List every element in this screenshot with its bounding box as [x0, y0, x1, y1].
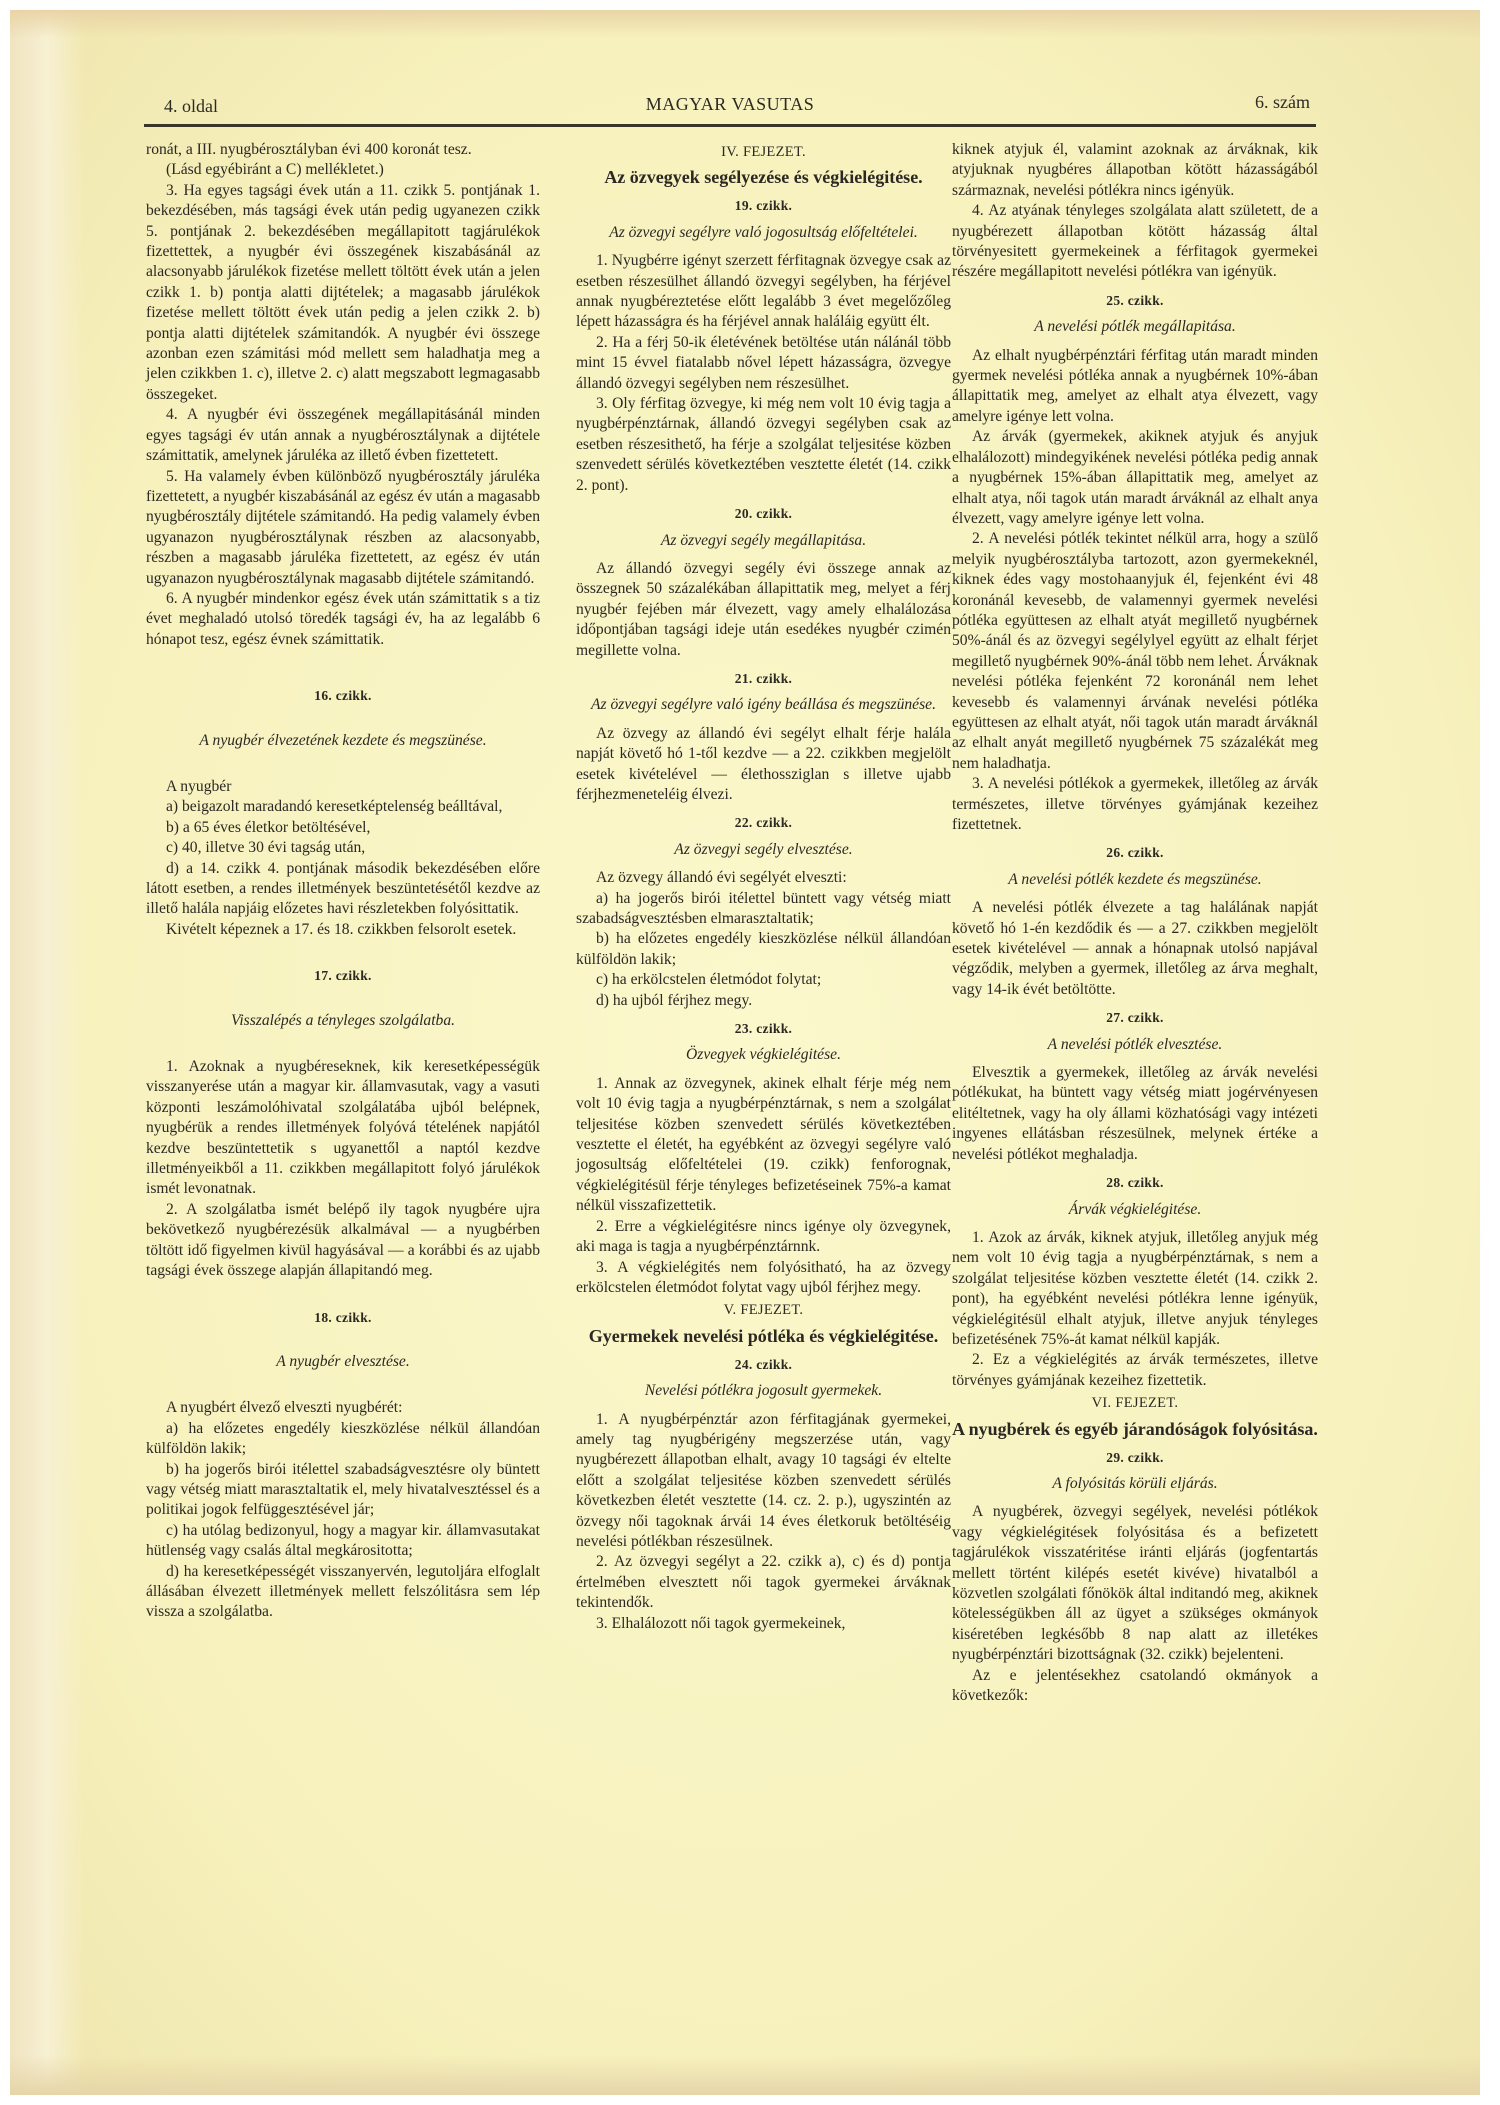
paragraph: c) ha erkölcstelen életmódot folytat;	[576, 970, 951, 990]
chapter-number: VI. FEJEZET.	[952, 1393, 1318, 1413]
paragraph: 3. Elhalálozott női tagok gyermekeinek,	[576, 1614, 951, 1634]
issue-number: 6. szám	[1255, 92, 1310, 113]
paragraph: Elvesztik a gyermekek, illetőleg az árvá…	[952, 1063, 1318, 1165]
article-title: Nevelési pótlékra jogosult gyermekek.	[576, 1381, 951, 1401]
article-number: 29. czikk.	[952, 1448, 1318, 1468]
chapter-title: Az özvegyek segélyezése és végkielégités…	[576, 166, 951, 188]
paragraph: ronát, a III. nyugbérosztályban évi 400 …	[146, 140, 540, 160]
article-title: Árvák végkielégitése.	[952, 1200, 1318, 1220]
paragraph: a) ha előzetes engedély kieszközlése nél…	[146, 1419, 540, 1460]
article-title: Visszalépés a tényleges szolgálatba.	[146, 1011, 540, 1031]
article-number: 27. czikk.	[952, 1008, 1318, 1028]
chapter-title: Gyermekek nevelési pótléka és végkielégi…	[576, 1325, 951, 1347]
paragraph: Az e jelentésekhez csatolandó okmányok a…	[952, 1666, 1318, 1707]
paragraph: 3. Oly férfitag özvegye, ki még nem volt…	[576, 394, 951, 496]
paragraph: b) ha előzetes engedély kieszközlése nél…	[576, 929, 951, 970]
paragraph: d) ha keresetképességét visszanyervén, l…	[146, 1562, 540, 1623]
paragraph: A nyugbért élvező elveszti nyugbérét:	[146, 1398, 540, 1418]
article-title: A nevelési pótlék kezdete és megszünése.	[952, 870, 1318, 890]
article-number: 24. czikk.	[576, 1355, 951, 1375]
chapter-number: IV. FEJEZET.	[576, 142, 951, 162]
paragraph: 4. Az atyának tényleges szolgálata alatt…	[952, 201, 1318, 283]
spacer	[146, 650, 540, 678]
spacer	[146, 993, 540, 1011]
paragraph: b) ha jogerős birói itélettel szabadságv…	[146, 1460, 540, 1521]
text-column-1: ronát, a III. nyugbérosztályban évi 400 …	[146, 140, 540, 1623]
article-number: 17. czikk.	[146, 966, 540, 986]
paragraph: 1. Annak az özvegynek, akinek elhalt fér…	[576, 1074, 951, 1217]
spacer	[146, 1039, 540, 1057]
paragraph: A nevelési pótlék élvezete a tag halálán…	[952, 898, 1318, 1000]
page-header: 4. oldal MAGYAR VASUTAS 6. szám	[144, 90, 1316, 124]
text-column-2: IV. FEJEZET.Az özvegyek segélyezése és v…	[576, 140, 951, 1634]
paragraph: 1. Azok az árvák, kiknek atyjuk, illetől…	[952, 1228, 1318, 1350]
paragraph: d) a 14. czikk 4. pontjának második beke…	[146, 859, 540, 920]
article-number: 21. czikk.	[576, 669, 951, 689]
spacer	[146, 713, 540, 731]
article-title: Az özvegyi segélyre való jogosultság elő…	[576, 223, 951, 243]
paragraph: Az özvegy az állandó évi segélyt elhalt …	[576, 724, 951, 806]
article-number: 16. czikk.	[146, 686, 540, 706]
article-number: 23. czikk.	[576, 1019, 951, 1039]
article-title: Özvegyek végkielégitése.	[576, 1045, 951, 1065]
paragraph: 6. A nyugbér mindenkor egész évek után s…	[146, 589, 540, 650]
article-title: A nevelési pótlék megállapitása.	[952, 317, 1318, 337]
paragraph: 3. Ha egyes tagsági évek után a 11. czik…	[146, 181, 540, 405]
paragraph: kiknek atyjuk él, valamint azoknak az ár…	[952, 140, 1318, 201]
paragraph: Kivételt képeznek a 17. és 18. czikkben …	[146, 920, 540, 940]
article-number: 20. czikk.	[576, 504, 951, 524]
text-column-3: kiknek atyjuk él, valamint azoknak az ár…	[952, 140, 1318, 1706]
paragraph: 3. A nevelési pótlékok a gyermekek, ille…	[952, 774, 1318, 835]
paragraph: a) ha jogerős birói itélettel büntett va…	[576, 889, 951, 930]
paragraph: A nyugbérek, özvegyi segélyek, nevelési …	[952, 1502, 1318, 1665]
spacer	[146, 940, 540, 958]
paragraph: Az elhalt nyugbérpénztári férfitag után …	[952, 346, 1318, 428]
article-title: Az özvegyi segély elvesztése.	[576, 840, 951, 860]
chapter-title: A nyugbérek és egyéb járandóságok folyós…	[952, 1418, 1318, 1440]
paragraph: 2. Az özvegyi segélyt a 22. czikk a), c)…	[576, 1552, 951, 1613]
article-number: 26. czikk.	[952, 843, 1318, 863]
article-number: 18. czikk.	[146, 1308, 540, 1328]
paragraph: 2. A szolgálatba ismét belépő ily tagok …	[146, 1200, 540, 1282]
paragraph: (Lásd egyébiránt a C) mellékletet.)	[146, 160, 540, 180]
header-rule	[144, 124, 1316, 127]
article-number: 28. czikk.	[952, 1173, 1318, 1193]
chapter-number: V. FEJEZET.	[576, 1300, 951, 1320]
article-number: 19. czikk.	[576, 196, 951, 216]
article-title: A nevelési pótlék elvesztése.	[952, 1035, 1318, 1055]
article-title: Az özvegyi segélyre való igény beállása …	[576, 695, 951, 715]
paragraph: 4. A nyugbér évi összegének megállapitás…	[146, 405, 540, 466]
spacer	[146, 1282, 540, 1300]
paragraph: 2. A nevelési pótlék tekintet nélkül arr…	[952, 529, 1318, 774]
article-title: A nyugbér élvezetének kezdete és megszün…	[146, 731, 540, 751]
article-number: 22. czikk.	[576, 813, 951, 833]
article-title: A nyugbér elvesztése.	[146, 1352, 540, 1372]
paragraph: 1. A nyugbérpénztár azon férfitagjának g…	[576, 1410, 951, 1553]
paragraph: 2. Erre a végkielégitésre nincs igénye o…	[576, 1217, 951, 1258]
publication-title: MAGYAR VASUTAS	[144, 94, 1316, 115]
paragraph: 2. Ha a férj 50-ik életévének betöltése …	[576, 333, 951, 394]
page-edge-top	[10, 10, 1480, 38]
article-title: A folyósitás körüli eljárás.	[952, 1474, 1318, 1494]
article-title: Az özvegyi segély megállapitása.	[576, 531, 951, 551]
spacer	[146, 759, 540, 777]
paragraph: d) ha ujból férjhez megy.	[576, 991, 951, 1011]
paragraph: Az özvegy állandó évi segélyét elveszti:	[576, 868, 951, 888]
paragraph: 2. Ez a végkielégités az árvák természet…	[952, 1350, 1318, 1391]
spacer	[146, 1380, 540, 1398]
paragraph: a) beigazolt maradandó keresetképtelensé…	[146, 797, 540, 817]
paragraph: Az árvák (gyermekek, akiknek atyjuk és a…	[952, 427, 1318, 529]
page-edge-bottom	[10, 2055, 1480, 2095]
spacer	[146, 1334, 540, 1352]
paragraph: 5. Ha valamely évben különböző nyugbéros…	[146, 467, 540, 589]
article-number: 25. czikk.	[952, 291, 1318, 311]
page-edge-left	[10, 10, 85, 2095]
paragraph: 3. A végkielégités nem folyósitható, ha …	[576, 1258, 951, 1299]
paragraph: 1. Azoknak a nyugbéreseknek, kik kereset…	[146, 1057, 540, 1200]
paragraph: b) a 65 éves életkor betöltésével,	[146, 818, 540, 838]
paragraph: Az állandó özvegyi segély évi összege an…	[576, 559, 951, 661]
paragraph: A nyugbér	[146, 777, 540, 797]
paragraph: 1. Nyugbérre igényt szerzett férfitagnak…	[576, 251, 951, 333]
paragraph: c) 40, illetve 30 évi tagság után,	[146, 838, 540, 858]
paragraph: c) ha utólag bedizonyul, hogy a magyar k…	[146, 1521, 540, 1562]
